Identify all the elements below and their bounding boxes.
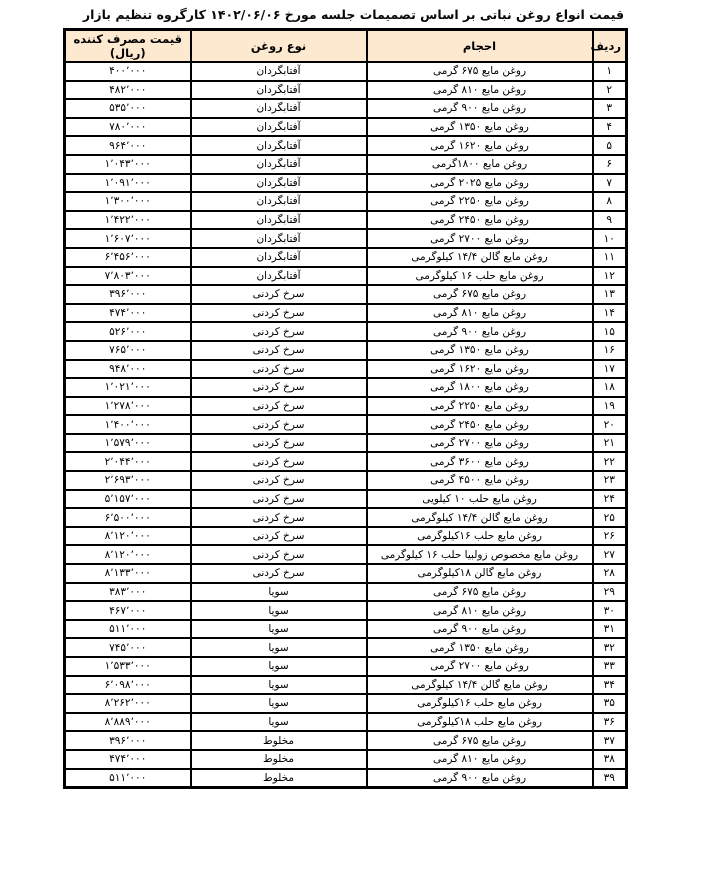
price-cell: ۱٬۵۳۳٬۰۰۰ [65,657,191,676]
price-cell: ۸٬۱۲۰٬۰۰۰ [65,545,191,564]
volume-cell: روغن مایع ۱۳۵۰ گرمی [367,638,593,657]
oil-type-cell: مخلوط [191,731,367,750]
volume-cell: روغن مایع ۲۷۰۰ گرمی [367,657,593,676]
table-row: ۲۹روغن مایع ۶۷۵ گرمیسویا۳۸۳٬۰۰۰ [65,583,627,602]
price-cell: ۳۹۶٬۰۰۰ [65,731,191,750]
table-row: ۲۴روغن مایع حلب ۱۰ کیلوییسرخ کردنی۵٬۱۵۷٬… [65,490,627,509]
price-cell: ۱٬۶۰۷٬۰۰۰ [65,229,191,248]
price-cell: ۱٬۵۷۹٬۰۰۰ [65,434,191,453]
volume-cell: روغن مایع ۸۱۰ گرمی [367,304,593,323]
oil-type-cell: سرخ کردنی [191,434,367,453]
row-number-cell: ۸ [593,192,627,211]
row-number-cell: ۱۳ [593,285,627,304]
oil-type-cell: سرخ کردنی [191,508,367,527]
table-row: ۷روغن مایع ۲۰۲۵ گرمیآفتابگردان۱٬۰۹۱٬۰۰۰ [65,174,627,193]
price-cell: ۷۶۵٬۰۰۰ [65,341,191,360]
table-row: ۱۸روغن مایع ۱۸۰۰ گرمیسرخ کردنی۱٬۰۲۱٬۰۰۰ [65,378,627,397]
volume-cell: روغن مایع ۳۶۰۰ گرمی [367,452,593,471]
oil-type-cell: سرخ کردنی [191,304,367,323]
table-body: ۱روغن مایع ۶۷۵ گرمیآفتابگردان۴۰۰٬۰۰۰۲روغ… [65,62,627,787]
price-cell: ۹۴۸٬۰۰۰ [65,360,191,379]
row-number-cell: ۲۶ [593,527,627,546]
oil-type-cell: آفتابگردان [191,118,367,137]
row-number-cell: ۲۱ [593,434,627,453]
volume-cell: روغن مایع حلب ۱۶کیلوگرمی [367,527,593,546]
price-cell: ۵۳۵٬۰۰۰ [65,99,191,118]
price-cell: ۶٬۴۵۶٬۰۰۰ [65,248,191,267]
price-cell: ۱٬۰۴۳٬۰۰۰ [65,155,191,174]
oil-price-table: ردیف احجام نوع روغن قیمت مصرف کننده (ریا… [63,28,628,789]
header-row: ردیف احجام نوع روغن قیمت مصرف کننده (ریا… [65,30,627,63]
price-cell: ۸٬۱۳۳٬۰۰۰ [65,564,191,583]
row-number-cell: ۱۰ [593,229,627,248]
oil-type-cell: سرخ کردنی [191,471,367,490]
volume-cell: روغن مایع ۲۷۰۰ گرمی [367,229,593,248]
volume-cell: روغن مایع حلب ۱۶کیلوگرمی [367,694,593,713]
price-cell: ۴۸۲٬۰۰۰ [65,81,191,100]
price-cell: ۱٬۰۹۱٬۰۰۰ [65,174,191,193]
price-cell: ۷۸۰٬۰۰۰ [65,118,191,137]
row-number-cell: ۲۴ [593,490,627,509]
price-cell: ۱٬۴۲۲٬۰۰۰ [65,211,191,230]
volume-cell: روغن مایع ۲۲۵۰ گرمی [367,397,593,416]
table-row: ۱روغن مایع ۶۷۵ گرمیآفتابگردان۴۰۰٬۰۰۰ [65,62,627,81]
row-number-cell: ۲۳ [593,471,627,490]
volume-cell: روغن مایع ۲۷۰۰ گرمی [367,434,593,453]
oil-type-cell: آفتابگردان [191,211,367,230]
table-row: ۲۰روغن مایع ۲۴۵۰ گرمیسرخ کردنی۱٬۴۰۰٬۰۰۰ [65,415,627,434]
table-row: ۳۱روغن مایع ۹۰۰ گرمیسویا۵۱۱٬۰۰۰ [65,620,627,639]
table-row: ۱۱روغن مایع گالن ۱۴/۴ کیلوگرمیآفتابگردان… [65,248,627,267]
row-number-cell: ۳ [593,99,627,118]
volume-cell: روغن مایع ۲۲۵۰ گرمی [367,192,593,211]
price-cell: ۹۶۴٬۰۰۰ [65,136,191,155]
row-number-cell: ۱۲ [593,267,627,286]
volume-cell: روغن مایع ۱۸۰۰گرمی [367,155,593,174]
row-number-cell: ۳۳ [593,657,627,676]
volume-cell: روغن مایع گالن ۱۸کیلوگرمی [367,564,593,583]
row-number-cell: ۱۹ [593,397,627,416]
row-number-cell: ۲۵ [593,508,627,527]
table-row: ۱۹روغن مایع ۲۲۵۰ گرمیسرخ کردنی۱٬۲۷۸٬۰۰۰ [65,397,627,416]
volume-cell: روغن مایع حلب ۱۰ کیلویی [367,490,593,509]
price-cell: ۶٬۵۰۰٬۰۰۰ [65,508,191,527]
oil-type-cell: آفتابگردان [191,136,367,155]
header-consumer-price: قیمت مصرف کننده (ریال) [65,30,191,63]
volume-cell: روغن مایع گالن ۱۴/۴ کیلوگرمی [367,676,593,695]
table-row: ۳۳روغن مایع ۲۷۰۰ گرمیسویا۱٬۵۳۳٬۰۰۰ [65,657,627,676]
volume-cell: روغن مایع ۲۰۲۵ گرمی [367,174,593,193]
oil-type-cell: سرخ کردنی [191,360,367,379]
price-cell: ۱٬۰۲۱٬۰۰۰ [65,378,191,397]
header-row-number: ردیف [593,30,627,63]
price-cell: ۳۹۶٬۰۰۰ [65,285,191,304]
price-cell: ۴۷۴٬۰۰۰ [65,750,191,769]
table-row: ۹روغن مایع ۲۴۵۰ گرمیآفتابگردان۱٬۴۲۲٬۰۰۰ [65,211,627,230]
price-cell: ۱٬۳۰۰٬۰۰۰ [65,192,191,211]
volume-cell: روغن مایع ۱۶۲۰ گرمی [367,360,593,379]
row-number-cell: ۳۴ [593,676,627,695]
oil-type-cell: مخلوط [191,750,367,769]
table-row: ۲۳روغن مایع ۴۵۰۰ گرمیسرخ کردنی۲٬۶۹۳٬۰۰۰ [65,471,627,490]
oil-type-cell: سویا [191,676,367,695]
volume-cell: روغن مایع ۱۸۰۰ گرمی [367,378,593,397]
oil-type-cell: سرخ کردنی [191,545,367,564]
table-row: ۱۷روغن مایع ۱۶۲۰ گرمیسرخ کردنی۹۴۸٬۰۰۰ [65,360,627,379]
volume-cell: روغن مایع ۱۶۲۰ گرمی [367,136,593,155]
row-number-cell: ۲۸ [593,564,627,583]
table-row: ۲۶روغن مایع حلب ۱۶کیلوگرمیسرخ کردنی۸٬۱۲۰… [65,527,627,546]
price-cell: ۲٬۰۴۴٬۰۰۰ [65,452,191,471]
price-cell: ۷۴۵٬۰۰۰ [65,638,191,657]
row-number-cell: ۶ [593,155,627,174]
table-row: ۱۴روغن مایع ۸۱۰ گرمیسرخ کردنی۴۷۴٬۰۰۰ [65,304,627,323]
oil-type-cell: سرخ کردنی [191,341,367,360]
table-row: ۶روغن مایع ۱۸۰۰گرمیآفتابگردان۱٬۰۴۳٬۰۰۰ [65,155,627,174]
row-number-cell: ۵ [593,136,627,155]
row-number-cell: ۱ [593,62,627,81]
page-title: قیمت انواع روغن نباتی بر اساس تصمیمات جل… [0,0,707,22]
row-number-cell: ۱۵ [593,322,627,341]
row-number-cell: ۲۰ [593,415,627,434]
oil-type-cell: سرخ کردنی [191,322,367,341]
oil-type-cell: آفتابگردان [191,81,367,100]
price-cell: ۱٬۲۷۸٬۰۰۰ [65,397,191,416]
volume-cell: روغن مایع حلب ۱۶ کیلوگرمی [367,267,593,286]
row-number-cell: ۳۵ [593,694,627,713]
oil-type-cell: آفتابگردان [191,155,367,174]
oil-type-cell: سرخ کردنی [191,490,367,509]
volume-cell: روغن مایع ۱۳۵۰ گرمی [367,118,593,137]
table-row: ۲۲روغن مایع ۳۶۰۰ گرمیسرخ کردنی۲٬۰۴۴٬۰۰۰ [65,452,627,471]
price-cell: ۶٬۰۹۸٬۰۰۰ [65,676,191,695]
volume-cell: روغن مایع ۲۴۵۰ گرمی [367,211,593,230]
row-number-cell: ۷ [593,174,627,193]
volume-cell: روغن مایع ۶۷۵ گرمی [367,285,593,304]
row-number-cell: ۴ [593,118,627,137]
row-number-cell: ۳۰ [593,601,627,620]
row-number-cell: ۳۱ [593,620,627,639]
table-row: ۳۹روغن مایع ۹۰۰ گرمیمخلوط۵۱۱٬۰۰۰ [65,769,627,788]
oil-type-cell: آفتابگردان [191,62,367,81]
price-cell: ۴۶۷٬۰۰۰ [65,601,191,620]
header-oil-type: نوع روغن [191,30,367,63]
volume-cell: روغن مایع ۹۰۰ گرمی [367,322,593,341]
oil-type-cell: مخلوط [191,769,367,788]
oil-type-cell: آفتابگردان [191,99,367,118]
oil-type-cell: سرخ کردنی [191,564,367,583]
oil-type-cell: سرخ کردنی [191,285,367,304]
price-cell: ۲٬۶۹۳٬۰۰۰ [65,471,191,490]
table-row: ۲روغن مایع ۸۱۰ گرمیآفتابگردان۴۸۲٬۰۰۰ [65,81,627,100]
price-cell: ۷٬۸۰۳٬۰۰۰ [65,267,191,286]
oil-type-cell: سویا [191,713,367,732]
volume-cell: روغن مایع ۶۷۵ گرمی [367,731,593,750]
row-number-cell: ۲۷ [593,545,627,564]
table-row: ۲۸روغن مایع گالن ۱۸کیلوگرمیسرخ کردنی۸٬۱۳… [65,564,627,583]
row-number-cell: ۱۶ [593,341,627,360]
volume-cell: روغن مایع گالن ۱۴/۴ کیلوگرمی [367,248,593,267]
row-number-cell: ۳۷ [593,731,627,750]
row-number-cell: ۳۲ [593,638,627,657]
volume-cell: روغن مایع ۸۱۰ گرمی [367,750,593,769]
volume-cell: روغن مایع ۸۱۰ گرمی [367,601,593,620]
oil-type-cell: سویا [191,583,367,602]
row-number-cell: ۳۹ [593,769,627,788]
table-row: ۱۲روغن مایع حلب ۱۶ کیلوگرمیآفتابگردان۷٬۸… [65,267,627,286]
price-cell: ۱٬۴۰۰٬۰۰۰ [65,415,191,434]
table-row: ۲۵روغن مایع گالن ۱۴/۴ کیلوگرمیسرخ کردنی۶… [65,508,627,527]
row-number-cell: ۱۴ [593,304,627,323]
price-cell: ۴۰۰٬۰۰۰ [65,62,191,81]
table-row: ۳۴روغن مایع گالن ۱۴/۴ کیلوگرمیسویا۶٬۰۹۸٬… [65,676,627,695]
oil-type-cell: سرخ کردنی [191,378,367,397]
row-number-cell: ۲۹ [593,583,627,602]
price-cell: ۵۱۱٬۰۰۰ [65,620,191,639]
table-row: ۳۸روغن مایع ۸۱۰ گرمیمخلوط۴۷۴٬۰۰۰ [65,750,627,769]
oil-type-cell: سویا [191,601,367,620]
row-number-cell: ۳۶ [593,713,627,732]
oil-type-cell: سرخ کردنی [191,527,367,546]
table-header: ردیف احجام نوع روغن قیمت مصرف کننده (ریا… [65,30,627,63]
volume-cell: روغن مایع ۱۳۵۰ گرمی [367,341,593,360]
volume-cell: روغن مایع ۶۷۵ گرمی [367,62,593,81]
volume-cell: روغن مایع ۶۷۵ گرمی [367,583,593,602]
price-cell: ۵۲۶٬۰۰۰ [65,322,191,341]
oil-type-cell: سرخ کردنی [191,415,367,434]
table-row: ۳۷روغن مایع ۶۷۵ گرمیمخلوط۳۹۶٬۰۰۰ [65,731,627,750]
oil-type-cell: سویا [191,638,367,657]
oil-type-cell: سویا [191,620,367,639]
table-row: ۳۶روغن مایع حلب ۱۸کیلوگرمیسویا۸٬۸۸۹٬۰۰۰ [65,713,627,732]
table-row: ۱۳روغن مایع ۶۷۵ گرمیسرخ کردنی۳۹۶٬۰۰۰ [65,285,627,304]
price-cell: ۳۸۳٬۰۰۰ [65,583,191,602]
header-volume: احجام [367,30,593,63]
table-row: ۱۰روغن مایع ۲۷۰۰ گرمیآفتابگردان۱٬۶۰۷٬۰۰۰ [65,229,627,248]
oil-type-cell: سویا [191,694,367,713]
document-page: قیمت انواع روغن نباتی بر اساس تصمیمات جل… [0,0,707,875]
table-row: ۳۰روغن مایع ۸۱۰ گرمیسویا۴۶۷٬۰۰۰ [65,601,627,620]
row-number-cell: ۹ [593,211,627,230]
row-number-cell: ۱۸ [593,378,627,397]
table-row: ۱۶روغن مایع ۱۳۵۰ گرمیسرخ کردنی۷۶۵٬۰۰۰ [65,341,627,360]
price-cell: ۸٬۸۸۹٬۰۰۰ [65,713,191,732]
table-row: ۱۵روغن مایع ۹۰۰ گرمیسرخ کردنی۵۲۶٬۰۰۰ [65,322,627,341]
volume-cell: روغن مایع حلب ۱۸کیلوگرمی [367,713,593,732]
table-row: ۳روغن مایع ۹۰۰ گرمیآفتابگردان۵۳۵٬۰۰۰ [65,99,627,118]
row-number-cell: ۲۲ [593,452,627,471]
table-row: ۸روغن مایع ۲۲۵۰ گرمیآفتابگردان۱٬۳۰۰٬۰۰۰ [65,192,627,211]
oil-type-cell: سرخ کردنی [191,452,367,471]
price-cell: ۵۱۱٬۰۰۰ [65,769,191,788]
price-cell: ۸٬۲۶۲٬۰۰۰ [65,694,191,713]
volume-cell: روغن مایع ۹۰۰ گرمی [367,769,593,788]
volume-cell: روغن مایع ۹۰۰ گرمی [367,620,593,639]
oil-type-cell: آفتابگردان [191,267,367,286]
table-row: ۲۱روغن مایع ۲۷۰۰ گرمیسرخ کردنی۱٬۵۷۹٬۰۰۰ [65,434,627,453]
price-cell: ۴۷۴٬۰۰۰ [65,304,191,323]
oil-type-cell: آفتابگردان [191,192,367,211]
volume-cell: روغن مایع مخصوص زولبیا حلب ۱۶ کیلوگرمی [367,545,593,564]
oil-type-cell: آفتابگردان [191,248,367,267]
row-number-cell: ۱۱ [593,248,627,267]
row-number-cell: ۳۸ [593,750,627,769]
row-number-cell: ۲ [593,81,627,100]
volume-cell: روغن مایع ۹۰۰ گرمی [367,99,593,118]
oil-type-cell: سرخ کردنی [191,397,367,416]
table-row: ۳۲روغن مایع ۱۳۵۰ گرمیسویا۷۴۵٬۰۰۰ [65,638,627,657]
oil-type-cell: سویا [191,657,367,676]
oil-type-cell: آفتابگردان [191,174,367,193]
volume-cell: روغن مایع ۸۱۰ گرمی [367,81,593,100]
table-row: ۳۵روغن مایع حلب ۱۶کیلوگرمیسویا۸٬۲۶۲٬۰۰۰ [65,694,627,713]
volume-cell: روغن مایع گالن ۱۴/۴ کیلوگرمی [367,508,593,527]
volume-cell: روغن مایع ۲۴۵۰ گرمی [367,415,593,434]
row-number-cell: ۱۷ [593,360,627,379]
table-row: ۲۷روغن مایع مخصوص زولبیا حلب ۱۶ کیلوگرمی… [65,545,627,564]
table-row: ۵روغن مایع ۱۶۲۰ گرمیآفتابگردان۹۶۴٬۰۰۰ [65,136,627,155]
oil-type-cell: آفتابگردان [191,229,367,248]
volume-cell: روغن مایع ۴۵۰۰ گرمی [367,471,593,490]
price-cell: ۸٬۱۲۰٬۰۰۰ [65,527,191,546]
price-cell: ۵٬۱۵۷٬۰۰۰ [65,490,191,509]
table-row: ۴روغن مایع ۱۳۵۰ گرمیآفتابگردان۷۸۰٬۰۰۰ [65,118,627,137]
